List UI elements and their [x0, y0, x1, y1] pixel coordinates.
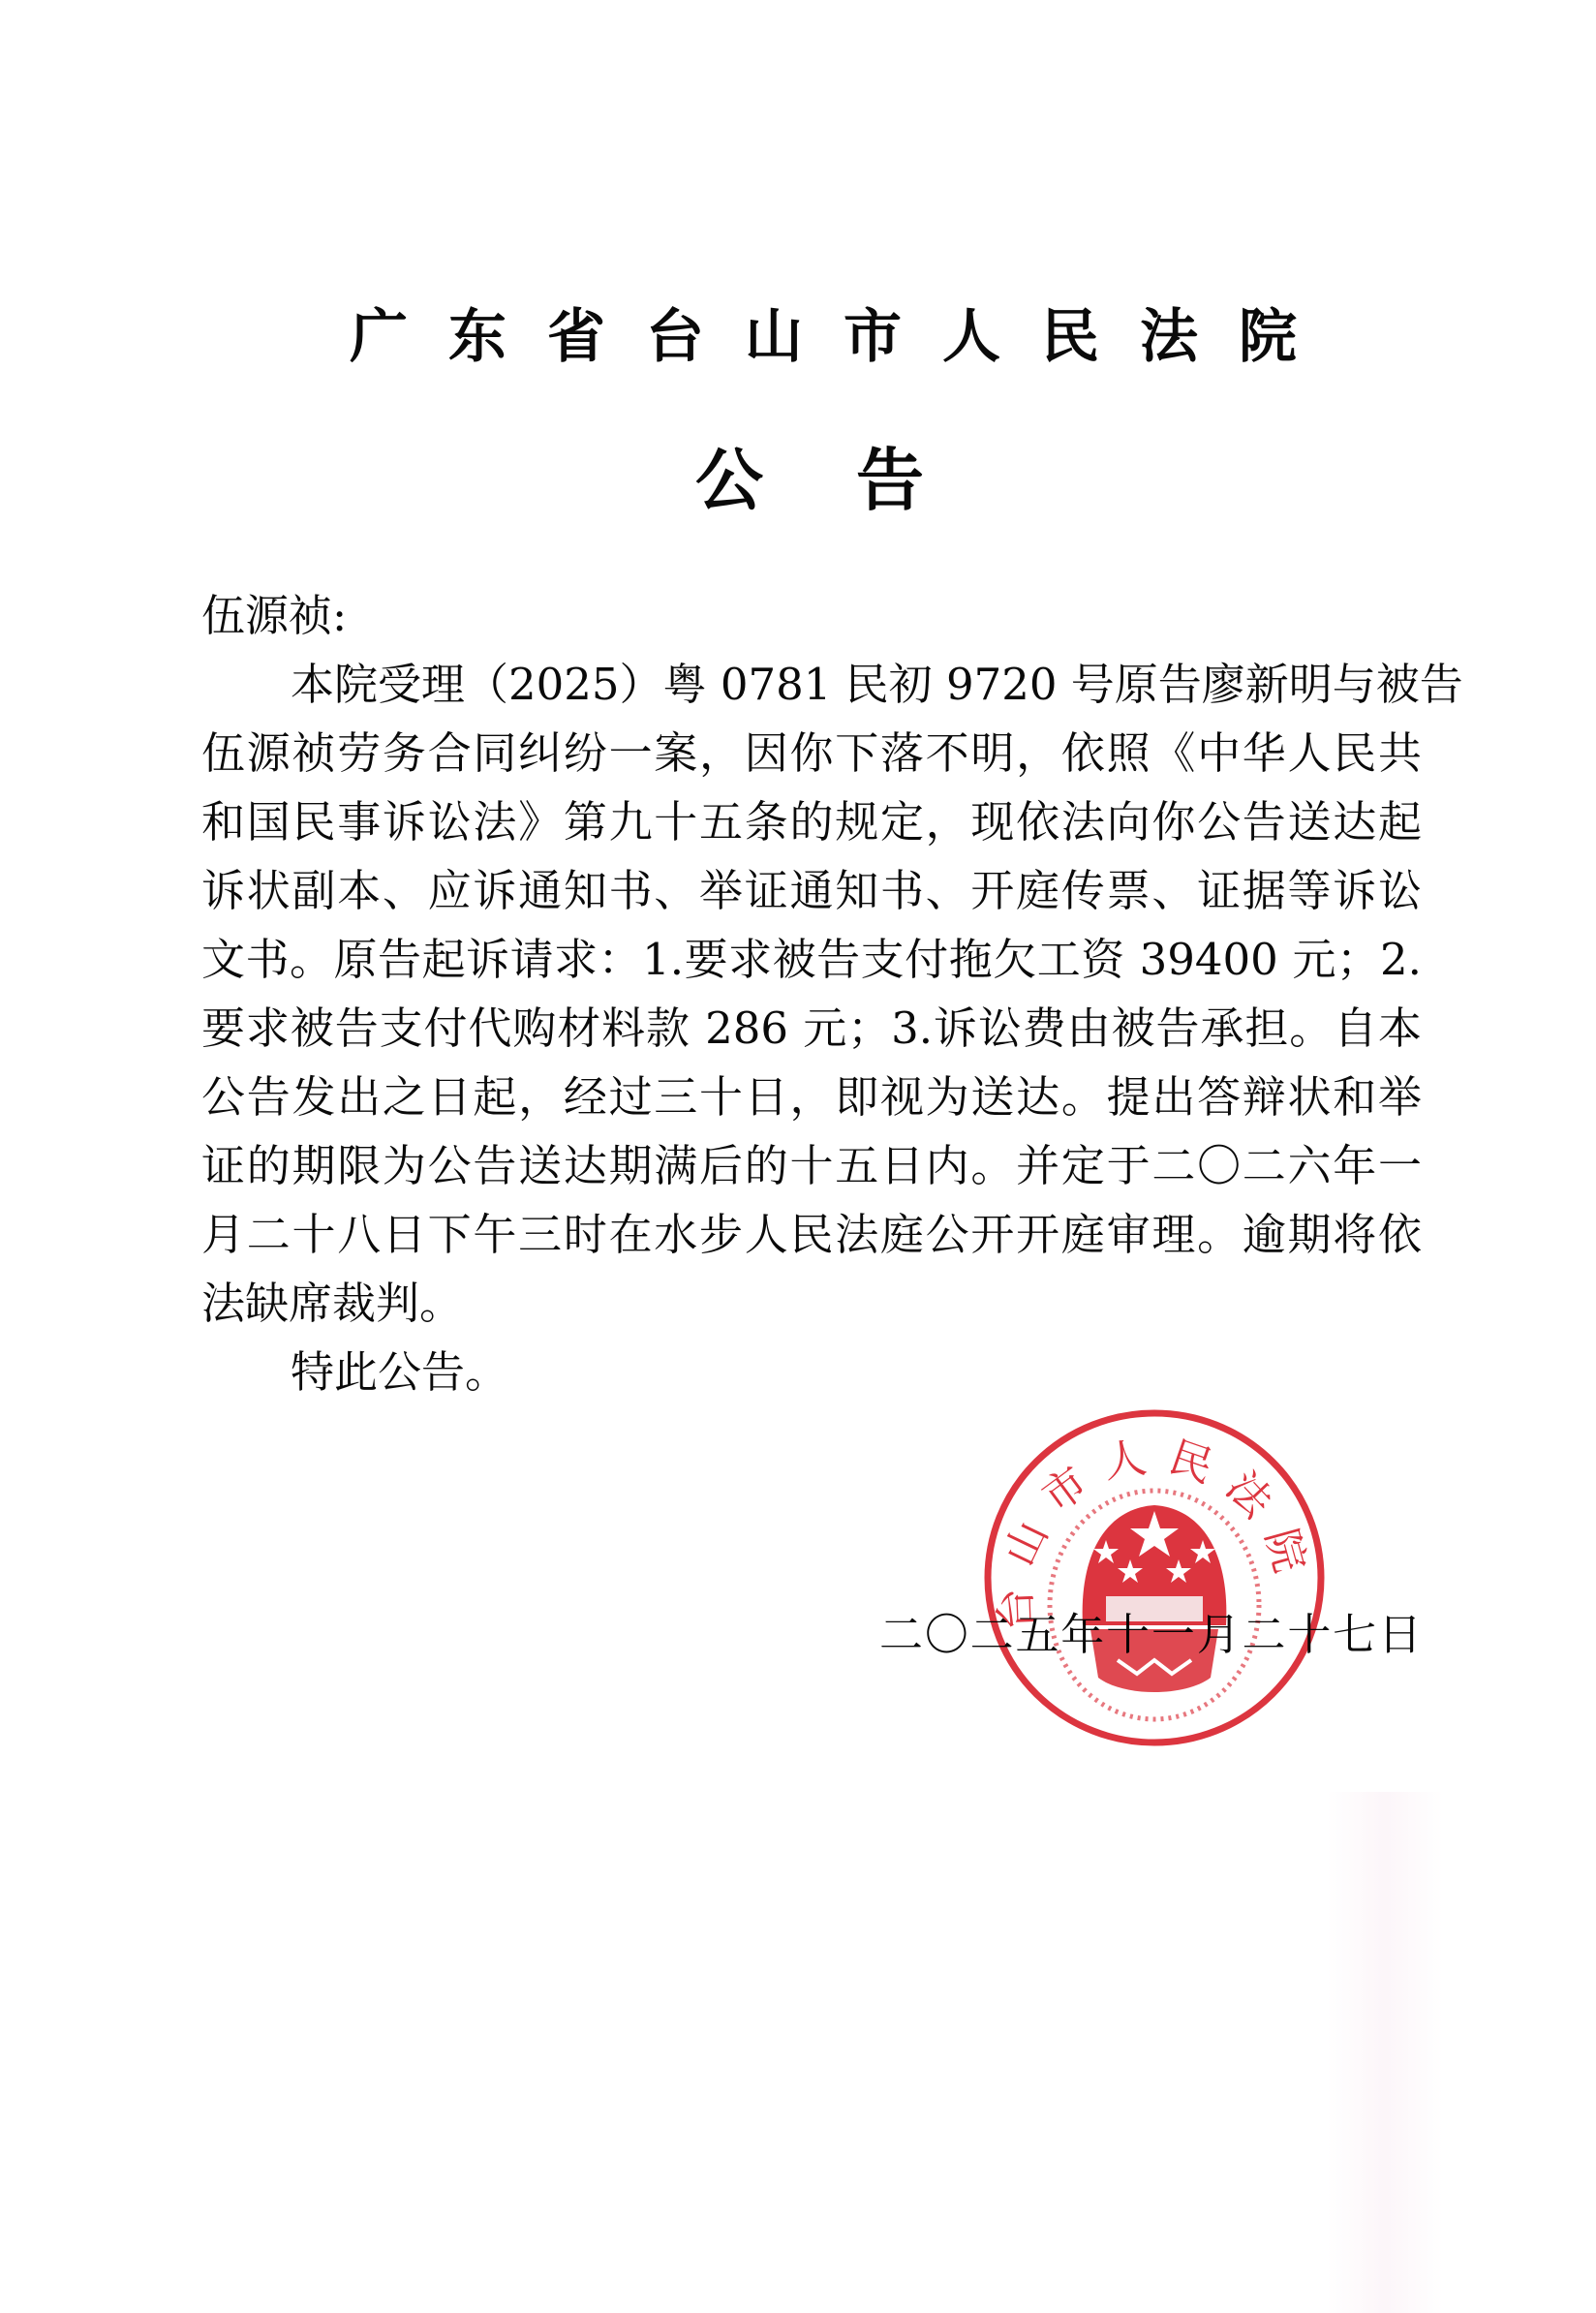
court-name-char: 人 [941, 302, 1001, 372]
body-line: 诉状副本、应诉通知书、举证通知书、开庭传票、证据等诉讼 [201, 856, 1422, 925]
notice-title-char: 公 [693, 442, 765, 519]
court-name-char: 台 [645, 302, 705, 372]
body-line: 月二十八日下午三时在水步人民法庭公开开庭审理。逾期将依 [201, 1200, 1422, 1269]
body-line: 要求被告支付代购材料款 286 元；3.诉讼费由被告承担。自本 [201, 994, 1422, 1063]
body-line: 证的期限为公告送达期满后的十五日内。并定于二〇二六年一 [201, 1131, 1422, 1200]
court-seal: 台山市人民法院 [982, 1406, 1327, 1749]
court-name-char: 省 [546, 302, 606, 372]
court-name-char: 广 [349, 302, 409, 372]
salutation: 伍源祯: [201, 581, 1422, 650]
body-line: 法缺席裁判。 [201, 1269, 1422, 1338]
court-name-char: 市 [843, 302, 903, 372]
body-line: 伍源祯劳务合同纠纷一案，因你下落不明，依照《中华人民共 [201, 719, 1422, 787]
notice-body: 伍源祯: 本院受理（2025）粤 0781 民初 9720 号原告廖新明与被告 … [201, 581, 1422, 1406]
court-name-char: 院 [1238, 302, 1298, 372]
court-name-char: 山 [744, 302, 804, 372]
body-line: 和国民事诉讼法》第九十五条的规定，现依法向你公告送达起 [201, 787, 1422, 856]
national-emblem-icon [1050, 1491, 1259, 1719]
closing-statement: 特此公告。 [201, 1338, 1422, 1406]
notice-title-char: 告 [854, 442, 926, 519]
body-line: 本院受理（2025）粤 0781 民初 9720 号原告廖新明与被告 [201, 650, 1422, 719]
court-name-char: 民 [1040, 302, 1100, 372]
document-page: 广 东 省 台 山 市 人 民 法 院 公 告 伍源祯: 本院受理（2025）粤… [0, 0, 1596, 2313]
court-name-heading: 广 东 省 台 山 市 人 民 法 院 [349, 302, 1298, 372]
court-name-char: 法 [1139, 302, 1199, 372]
court-name-char: 东 [447, 302, 507, 372]
scan-bleed-artifact [1327, 1792, 1443, 2313]
body-line: 文书。原告起诉请求：1.要求被告支付拖欠工资 39400 元；2. [201, 925, 1422, 994]
notice-title: 公 告 [693, 442, 926, 519]
body-line: 公告发出之日起，经过三十日，即视为送达。提出答辩状和举 [201, 1063, 1422, 1131]
